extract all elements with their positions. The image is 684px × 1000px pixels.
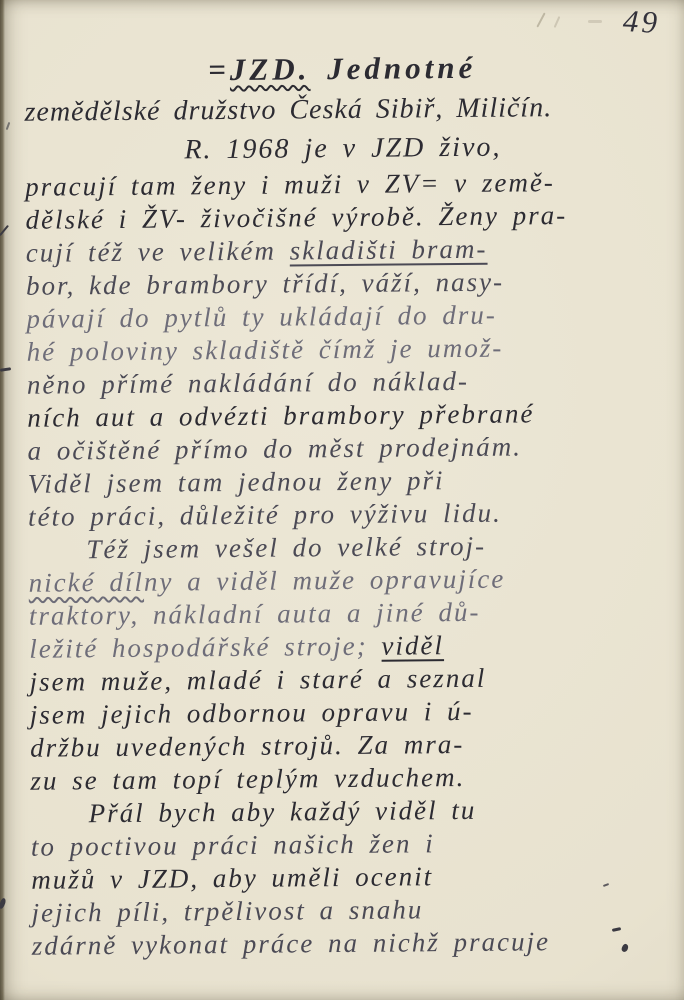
manuscript-line: nické dílny a viděl muže opravujíce [29,561,665,600]
text-segment: něno přímé nakládání do náklad- [27,366,469,400]
manuscript-line: dělské i ŽV- živočišné výrobě. Ženy pra- [25,198,661,237]
manuscript-line: pávají do pytlů ty ukládají do dru- [26,297,662,336]
manuscript-line: této práci, důležité pro výživu lidu. [28,495,664,534]
handwritten-manuscript: =JZD. Jednotnézemědělské družstvo Česká … [24,45,668,963]
text-segment: zdárně vykonat práce na nichž pracuje [32,926,550,961]
text-segment: traktory, nákladní auta a jiné dů- [29,597,481,631]
text-segment: hé poloviny skladiště čímž je umož- [27,333,504,367]
text-segment: = [208,52,230,87]
manuscript-line: jsem muže, mladé i staré a seznal [29,660,665,699]
text-segment: jsem jejich odbornou opravu i ú- [30,696,474,730]
manuscript-line: ních aut a odvézti brambory přebrané [27,396,663,435]
text-segment: zu se tam topí teplým vzduchem. [30,762,465,796]
manuscript-line: hé poloviny skladiště čímž je umož- [27,330,663,369]
text-segment: skladišti bram- [290,234,488,266]
manuscript-line: zu se tam topí teplým vzduchem. [30,759,666,798]
manuscript-line: R. 1968 je v JZD živo, [25,127,661,171]
text-segment: zemědělské družstvo Česká Sibiř, Miličín… [24,92,552,128]
text-segment: R. 1968 je v JZD živo, [184,132,501,166]
text-segment: ležité hospodářské stroje; [29,631,381,664]
manuscript-line: to poctivou práci našich žen i [31,825,667,864]
text-segment: držbu uvedených strojů. Za mra- [30,729,464,763]
manuscript-line: pracují tam ženy i muži v ZV= v země- [25,165,661,204]
text-segment: této práci, důležité pro výživu lidu. [28,498,502,532]
text-segment: Též jsem vešel do velké stroj- [86,531,486,564]
text-segment: JZD. [230,51,311,87]
text-segment: dělské i ŽV- živočišné výrobě. Ženy pra- [25,200,567,235]
manuscript-line: jsem jejich odbornou opravu i ú- [30,693,666,732]
text-segment: bor, kde brambory třídí, váží, nasy- [26,267,504,301]
text-segment: nické díl [29,567,144,598]
text-segment: cují též ve velikém [26,235,290,267]
manuscript-line: =JZD. Jednotné [24,45,660,93]
manuscript-line: cují též ve velikém skladišti bram- [26,231,662,270]
manuscript-line: zemědělské družstvo Česká Sibiř, Miličín… [24,87,660,133]
text-segment: mužů v JZD, aby uměli ocenit [31,861,433,895]
manuscript-line: ležité hospodářské stroje; viděl [29,627,665,666]
manuscript-line: zdárně vykonat práce na nichž pracuje [32,924,668,963]
text-segment: pávají do pytlů ty ukládají do dru- [26,300,497,334]
text-segment: pracují tam ženy i muži v ZV= v země- [25,167,555,202]
manuscript-line: Viděl jsem tam jednou ženy při [28,462,664,501]
text-segment: jejich píli, trpělivost a snahu [31,894,423,927]
text-segment: a očištěné přímo do měst prodejnám. [27,431,522,465]
manuscript-line: něno přímé nakládání do náklad- [27,363,663,402]
manuscript-line: mužů v JZD, aby uměli ocenit [31,858,667,897]
text-segment: viděl [381,630,444,661]
page-number: 49 [622,3,661,41]
page-left-edge-shadow [0,0,5,1000]
text-segment: jsem muže, mladé i staré a seznal [29,663,486,697]
manuscript-line: bor, kde brambory třídí, váží, nasy- [26,264,662,303]
manuscript-line: a očištěné přímo do měst prodejnám. [27,429,663,468]
manuscript-line: Též jsem vešel do velké stroj- [28,528,664,567]
manuscript-line: traktory, nákladní auta a jiné dů- [29,594,665,633]
manuscript-line: jejich píli, trpělivost a snahu [31,891,667,930]
text-segment: ny a viděl muže opravujíce [144,564,506,597]
faint-pencil-stroke [588,20,602,23]
text-segment: Viděl jsem tam jednou ženy při [28,465,445,499]
text-segment: Přál bych aby každý viděl tu [89,795,477,828]
text-segment: to poctivou práci našich žen i [31,828,435,862]
text-segment: ních aut a odvézti brambory přebrané [27,398,534,432]
manuscript-line: držbu uvedených strojů. Za mra- [30,726,666,765]
text-segment: Jednotné [310,50,476,86]
manuscript-line: Přál bych aby každý viděl tu [31,792,667,831]
